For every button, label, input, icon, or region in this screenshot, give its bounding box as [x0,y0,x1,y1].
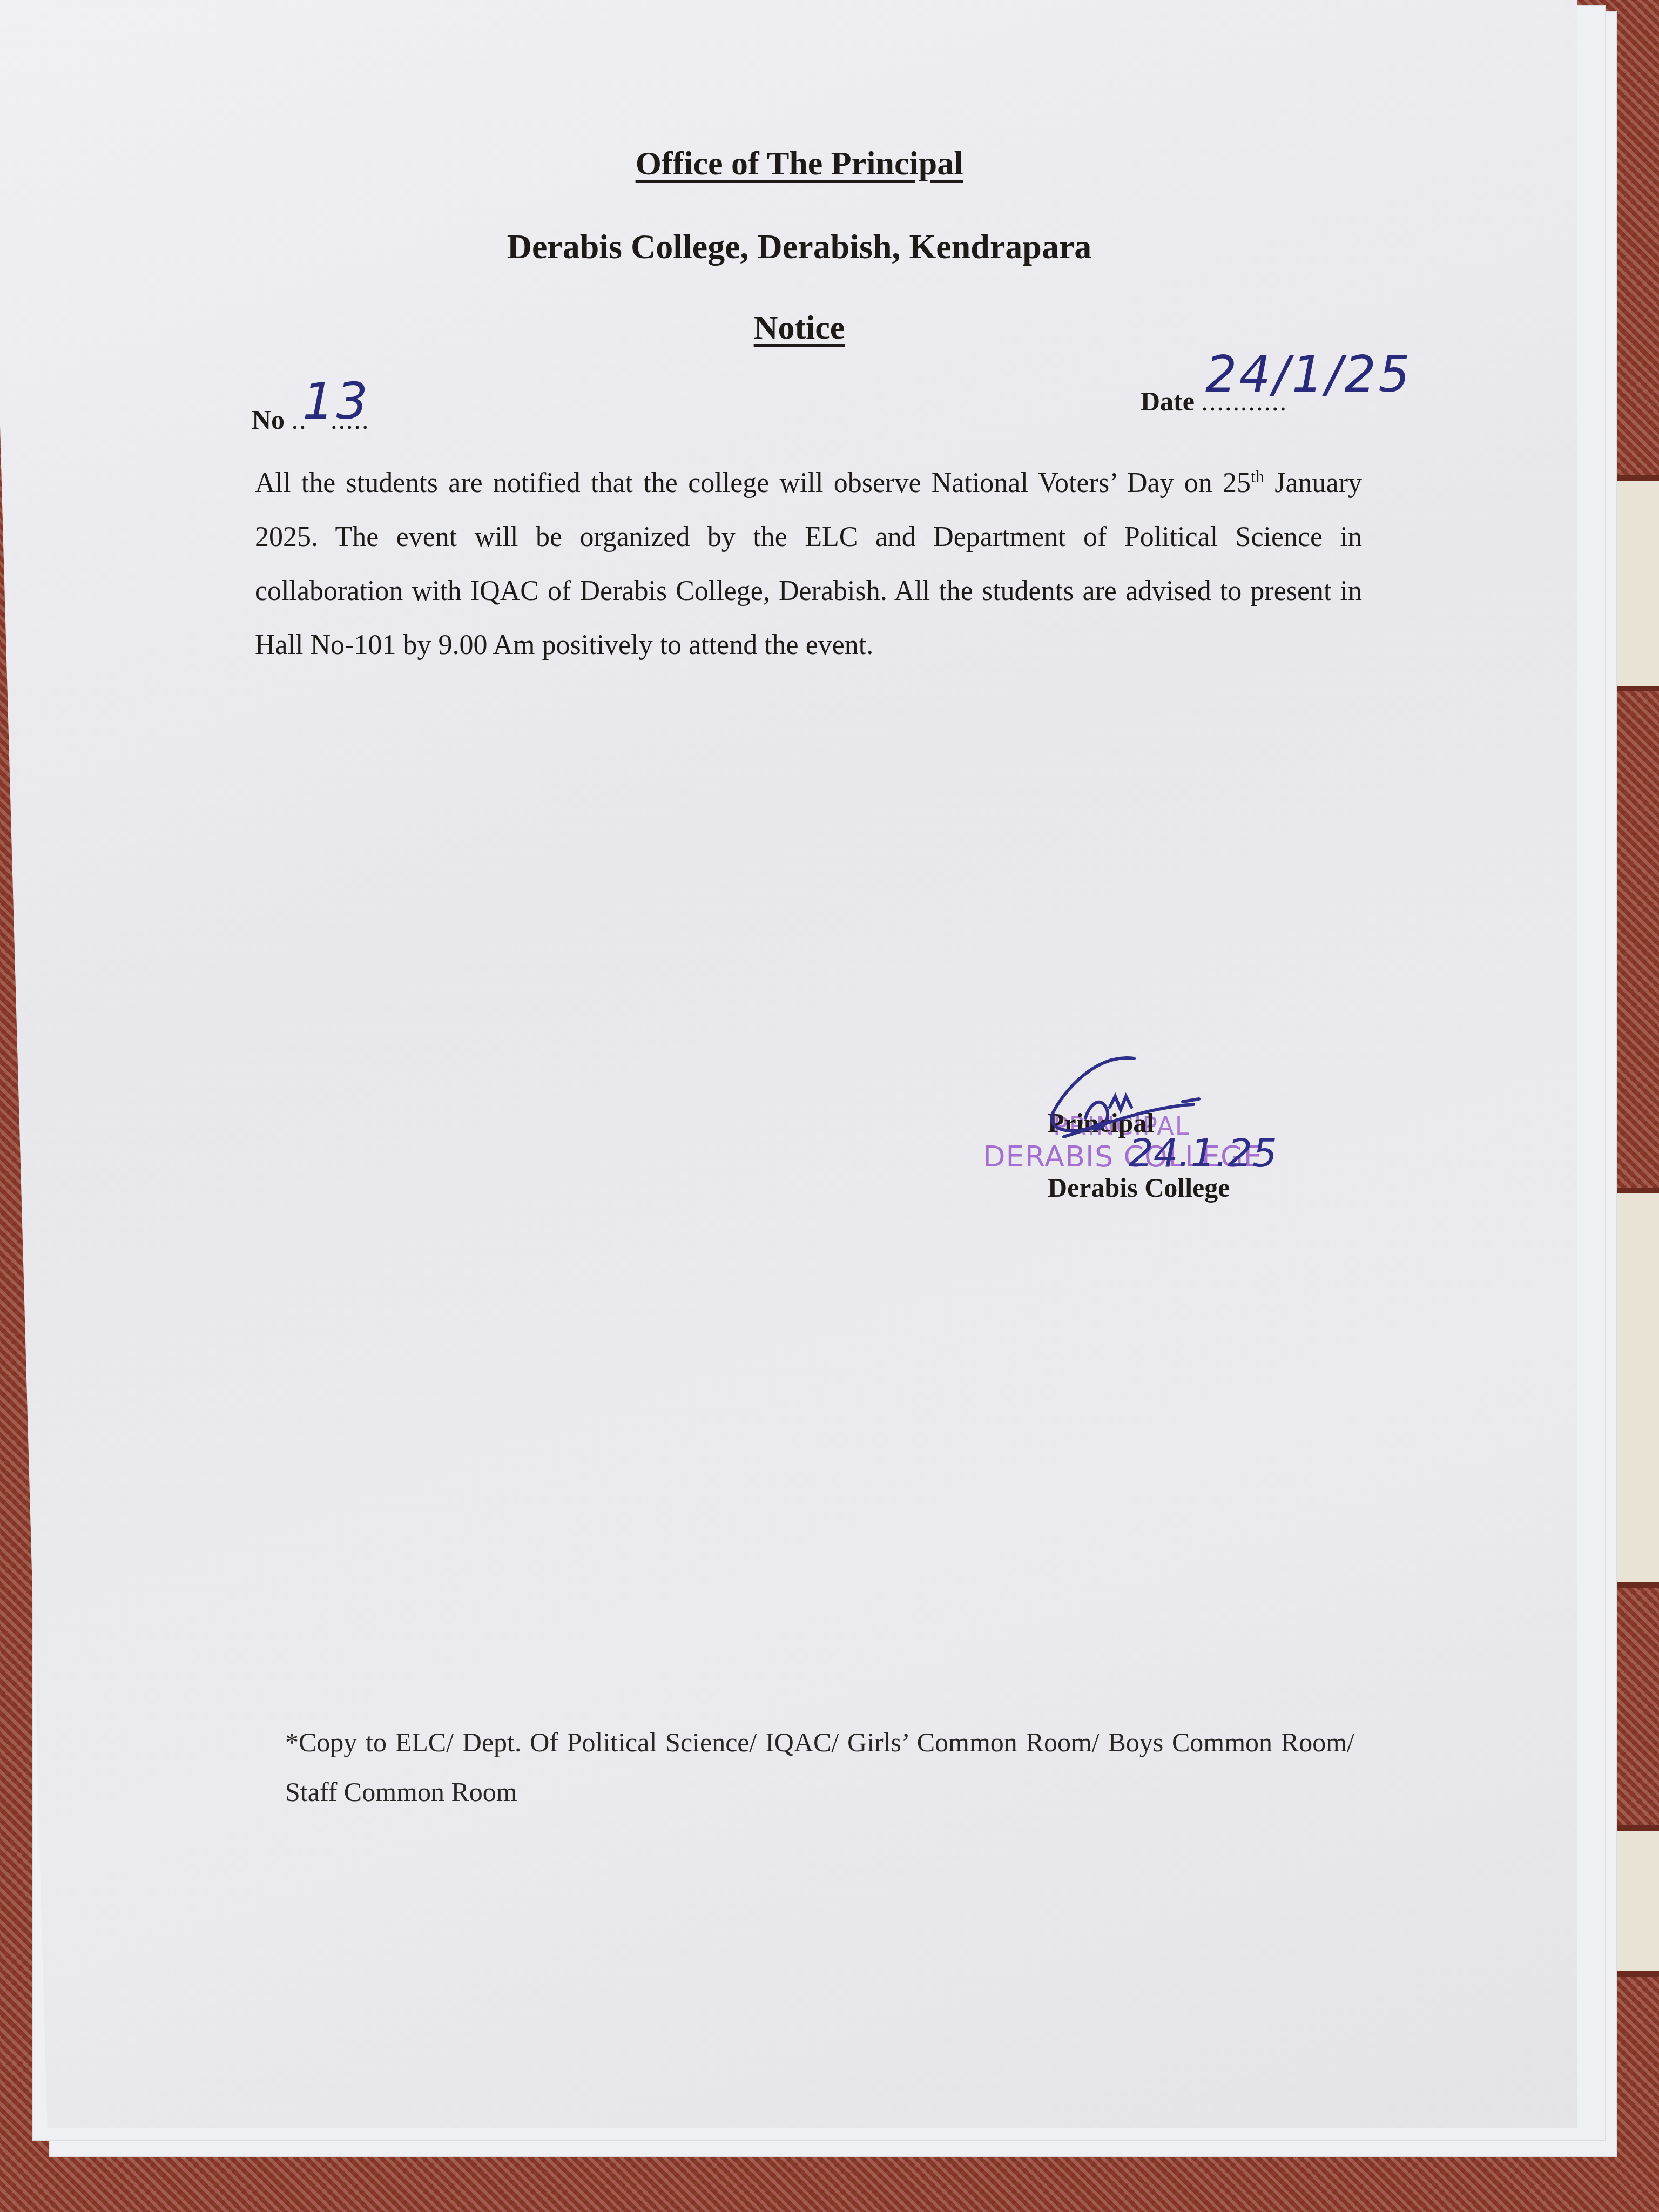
notice-heading: Notice [0,309,1599,347]
institution-name: Derabis College, Derabish, Kendrapara [0,227,1599,267]
notice-document: Office of The Principal Derabis College,… [0,0,1659,2212]
svg-text:24.1.25: 24.1.25 [1129,1130,1277,1176]
notice-date-handwritten: 24/1/25 [1205,346,1412,403]
office-title: Office of The Principal [0,145,1599,183]
date-label: Date [1141,386,1195,416]
signature-block: PRINCIPAL DERABIS COLLEGE Principal Dera… [972,1042,1350,1215]
number-label: No [252,404,285,435]
signature-icon: 24.1.25 [972,1042,1350,1215]
notice-body: All the students are notified that the c… [255,456,1362,672]
notice-number-handwritten: 13 [302,373,370,430]
copy-to-list: *Copy to ELC/ Dept. Of Political Science… [285,1717,1354,1817]
